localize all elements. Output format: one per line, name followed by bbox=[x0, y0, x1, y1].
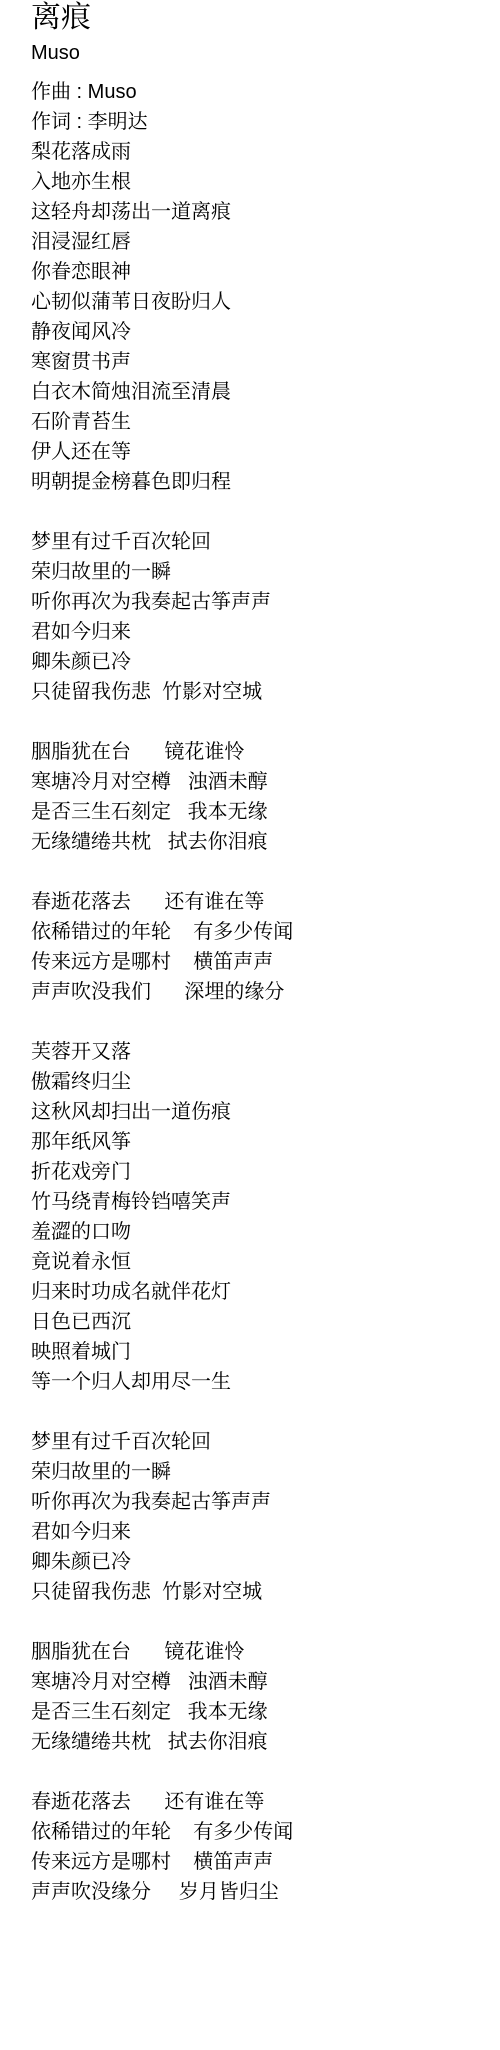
lyric-line: 竹马绕青梅铃铛嘻笑声 bbox=[31, 1187, 491, 1217]
lyric-line: 君如今归来 bbox=[31, 1517, 491, 1547]
lyric-line: 传来远方是哪村 横笛声声 bbox=[31, 947, 491, 977]
lyric-line: 胭脂犹在台 镜花谁怜 bbox=[31, 737, 491, 767]
lyric-line: 听你再次为我奏起古筝声声 bbox=[31, 1487, 491, 1517]
lyric-line: 只徒留我伤悲 竹影对空城 bbox=[31, 1577, 491, 1607]
lyric-line: 那年纸风筝 bbox=[31, 1127, 491, 1157]
lyrics-body: 作曲 : Muso 作词 : 李明达 梨花落成雨 入地亦生根 这轻舟却荡出一道离… bbox=[31, 77, 491, 1907]
lyric-line: 荣归故里的一瞬 bbox=[31, 1457, 491, 1487]
lyric-line: 等一个归人却用尽一生 bbox=[31, 1367, 491, 1397]
credit-lyricist: 作词 : 李明达 bbox=[31, 107, 491, 137]
lyric-line: 卿朱颜已冷 bbox=[31, 647, 491, 677]
lyric-line: 映照着城门 bbox=[31, 1337, 491, 1367]
lyric-stanza-chorus-1: 梦里有过千百次轮回 荣归故里的一瞬 听你再次为我奏起古筝声声 君如今归来 卿朱颜… bbox=[31, 527, 491, 707]
lyric-line: 心韧似蒲苇日夜盼归人 bbox=[31, 287, 491, 317]
lyric-line: 胭脂犹在台 镜花谁怜 bbox=[31, 1637, 491, 1667]
lyric-line: 无缘缱绻共枕 拭去你泪痕 bbox=[31, 1727, 491, 1757]
song-title: 离痕 bbox=[31, 0, 491, 36]
credit-composer: 作曲 : Muso bbox=[31, 77, 491, 107]
lyric-line: 传来远方是哪村 横笛声声 bbox=[31, 1847, 491, 1877]
lyric-line: 明朝提金榜暮色即归程 bbox=[31, 467, 491, 497]
lyric-line: 竟说着永恒 bbox=[31, 1247, 491, 1277]
lyric-line: 这秋风却扫出一道伤痕 bbox=[31, 1097, 491, 1127]
lyric-line: 寒塘冷月对空樽 浊酒未醇 bbox=[31, 767, 491, 797]
lyric-stanza-outro: 春逝花落去 还有谁在等 依稀错过的年轮 有多少传闻 传来远方是哪村 横笛声声 声… bbox=[31, 1787, 491, 1907]
lyric-line: 梦里有过千百次轮回 bbox=[31, 527, 491, 557]
lyric-line: 是否三生石刻定 我本无缘 bbox=[31, 1697, 491, 1727]
lyric-line: 是否三生石刻定 我本无缘 bbox=[31, 797, 491, 827]
lyric-line: 依稀错过的年轮 有多少传闻 bbox=[31, 917, 491, 947]
lyric-line: 声声吹没缘分 岁月皆归尘 bbox=[31, 1877, 491, 1907]
lyric-line: 入地亦生根 bbox=[31, 167, 491, 197]
lyric-line: 声声吹没我们 深埋的缘分 bbox=[31, 977, 491, 1007]
lyric-line: 折花戏旁门 bbox=[31, 1157, 491, 1187]
lyric-line: 这轻舟却荡出一道离痕 bbox=[31, 197, 491, 227]
lyric-stanza-bridge-1a: 胭脂犹在台 镜花谁怜 寒塘冷月对空樽 浊酒未醇 是否三生石刻定 我本无缘 无缘缱… bbox=[31, 737, 491, 857]
lyric-line: 梦里有过千百次轮回 bbox=[31, 1427, 491, 1457]
lyric-line: 听你再次为我奏起古筝声声 bbox=[31, 587, 491, 617]
lyric-line: 日色已西沉 bbox=[31, 1307, 491, 1337]
lyric-line: 无缘缱绻共枕 拭去你泪痕 bbox=[31, 827, 491, 857]
lyric-line: 春逝花落去 还有谁在等 bbox=[31, 887, 491, 917]
lyric-stanza-verse-2: 芙蓉开又落 傲霜终归尘 这秋风却扫出一道伤痕 那年纸风筝 折花戏旁门 竹马绕青梅… bbox=[31, 1037, 491, 1397]
lyric-line: 依稀错过的年轮 有多少传闻 bbox=[31, 1817, 491, 1847]
lyric-line: 君如今归来 bbox=[31, 617, 491, 647]
lyric-line: 芙蓉开又落 bbox=[31, 1037, 491, 1067]
lyric-stanza-chorus-2: 梦里有过千百次轮回 荣归故里的一瞬 听你再次为我奏起古筝声声 君如今归来 卿朱颜… bbox=[31, 1427, 491, 1607]
lyric-line: 只徒留我伤悲 竹影对空城 bbox=[31, 677, 491, 707]
lyric-line: 傲霜终归尘 bbox=[31, 1067, 491, 1097]
lyric-line: 荣归故里的一瞬 bbox=[31, 557, 491, 587]
lyric-line: 寒窗贯书声 bbox=[31, 347, 491, 377]
lyric-line: 泪浸湿红唇 bbox=[31, 227, 491, 257]
lyric-line: 石阶青苔生 bbox=[31, 407, 491, 437]
lyric-line: 你眷恋眼神 bbox=[31, 257, 491, 287]
lyric-line: 寒塘冷月对空樽 浊酒未醇 bbox=[31, 1667, 491, 1697]
artist-name: Muso bbox=[31, 40, 491, 66]
lyric-line: 伊人还在等 bbox=[31, 437, 491, 467]
lyric-stanza-bridge-2a: 胭脂犹在台 镜花谁怜 寒塘冷月对空樽 浊酒未醇 是否三生石刻定 我本无缘 无缘缱… bbox=[31, 1637, 491, 1757]
lyric-line: 归来时功成名就伴花灯 bbox=[31, 1277, 491, 1307]
lyric-line: 春逝花落去 还有谁在等 bbox=[31, 1787, 491, 1817]
lyric-line: 卿朱颜已冷 bbox=[31, 1547, 491, 1577]
lyric-line: 白衣木简烛泪流至清晨 bbox=[31, 377, 491, 407]
lyric-stanza-bridge-1b: 春逝花落去 还有谁在等 依稀错过的年轮 有多少传闻 传来远方是哪村 横笛声声 声… bbox=[31, 887, 491, 1007]
lyric-line: 梨花落成雨 bbox=[31, 137, 491, 167]
lyric-line: 羞澀的口吻 bbox=[31, 1217, 491, 1247]
lyric-stanza-verse-1: 作曲 : Muso 作词 : 李明达 梨花落成雨 入地亦生根 这轻舟却荡出一道离… bbox=[31, 77, 491, 497]
lyrics-page: 离痕 Muso 作曲 : Muso 作词 : 李明达 梨花落成雨 入地亦生根 这… bbox=[31, 0, 491, 1907]
lyric-line: 静夜闻风冷 bbox=[31, 317, 491, 347]
